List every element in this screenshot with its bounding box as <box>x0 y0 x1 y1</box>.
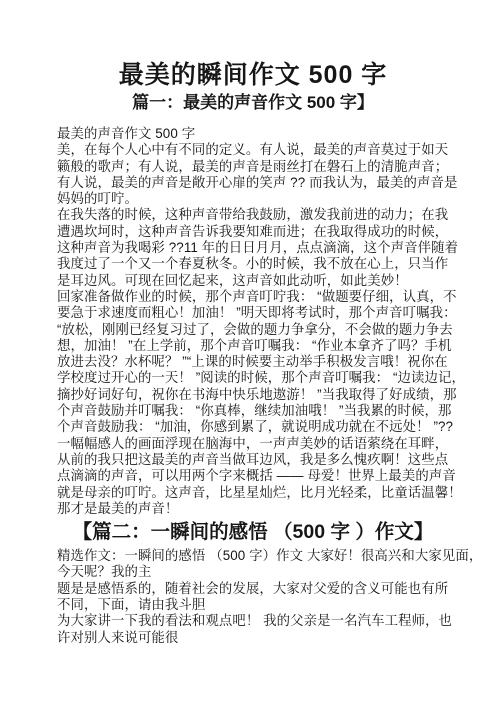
text-line: 放进去没？水杯呢？ ”“上课的时候要主动举手积极发言哦！祝你在 <box>57 354 449 370</box>
section2-heading: 【篇二：一瞬间的感悟 （500 字 ）作文】 <box>57 519 449 545</box>
document-body: 最美的瞬间作文 500 字 篇一：最美的声音作文 500 字】 最美的声音作文 … <box>57 0 449 646</box>
text-line: 许对别人来说可能很 <box>57 630 449 646</box>
text-line: 最美的声音作文 500 字 <box>57 126 449 142</box>
text-line: 就是母亲的叮咛。这声音，比星星灿烂，比月光轻柔，比童话温馨！ <box>57 485 449 501</box>
text-line: 妈妈的叮咛。 <box>57 191 449 207</box>
text-line: 从前的我只把这最美的声音当做耳边风，我是多么愧疚啊！这些点 <box>57 452 449 468</box>
text-line: 今天呢？我的主 <box>57 564 449 580</box>
text-line: 籁般的歌声；有人说，最美的声音是雨丝打在磐石上的清脆声音； <box>57 159 449 175</box>
text-line: 是耳边风。可现在回忆起来，这声音如此动听，如此美妙！ <box>57 273 449 289</box>
text-line: 学校度过开心的一天！ ”阅读的时候，那个声音叮嘱我： “边读边记， <box>57 370 449 386</box>
text-line: 我度过了一个又一个春夏秋冬。小的时候，我不放在心上，只当作 <box>57 256 449 272</box>
text-line: 在我失落的时候，这种声音带给我鼓励，激发我前进的动力；在我 <box>57 207 449 223</box>
document-page: 最美的瞬间作文 500 字 篇一：最美的声音作文 500 字】 最美的声音作文 … <box>0 0 500 708</box>
text-line: 个声音鼓励我： “加油，你感到累了，就说明成功就在不远处！ ”?? <box>57 419 449 435</box>
text-line: 摘抄好词好句，祝你在书海中快乐地遨游！ ”当我取得了好成绩，那 <box>57 387 449 403</box>
text-line: 要急于求速度而粗心！加油！ ”明天即将考试时，那个声音叮嘱我： <box>57 305 449 321</box>
text-line: 想，加油！ ”在上学前，那个声音叮嘱我： “作业本拿齐了吗？手机 <box>57 338 449 354</box>
text-line: 不同，下面，请由我斗胆 <box>57 597 449 613</box>
text-line: 回家准备做作业的时候，那个声音叮咛我： “做题要仔细，认真，不 <box>57 289 449 305</box>
text-line: 那才是最美的声音！ <box>57 501 449 517</box>
text-line: 这种声音为我喝彩 ??11 年的日日月月，点点滴滴，这个声音伴随着 <box>57 240 449 256</box>
text-line: 个声音鼓励并叮嘱我： “你真棒，继续加油哦！ ”当我累的时候，那 <box>57 403 449 419</box>
page-title: 最美的瞬间作文 500 字 <box>57 60 449 90</box>
text-line: “放松，刚刚已经复习过了，会做的题力争拿分，不会做的题力争去 <box>57 322 449 338</box>
section1-text: 最美的声音作文 500 字美，在每个人心中有不同的定义。有人说，最美的声音莫过于… <box>57 126 449 517</box>
text-line: 题是是感悟系的，随着社会的发展，大家对父爱的含义可能也有所 <box>57 581 449 597</box>
text-line: 美，在每个人心中有不同的定义。有人说，最美的声音莫过于如天 <box>57 142 449 158</box>
text-line: 为大家讲一下我的看法和观点吧！ 我的父亲是一名汽车工程师，也 <box>57 613 449 629</box>
text-line: 遭遇坎坷时，这种声音告诉我要知难而进；在我取得成功的时候， <box>57 224 449 240</box>
text-line: 有人说，最美的声音是敞开心扉的笑声 ?? 而我认为，最美的声音是 <box>57 175 449 191</box>
section1-heading: 篇一：最美的声音作文 500 字】 <box>57 93 449 113</box>
text-line: 一幅幅感人的画面浮现在脑海中，一声声美妙的话语萦绕在耳畔， <box>57 436 449 452</box>
text-line: 点滴滴的声音，可以用两个字来概括 —— 母爱！世界上最美的声音 <box>57 468 449 484</box>
section2-text: 精选作文：一瞬间的感悟 （500 字）作文 大家好！很高兴和大家见面，今天呢？我… <box>57 548 449 646</box>
text-line: 精选作文：一瞬间的感悟 （500 字）作文 大家好！很高兴和大家见面， <box>57 548 449 564</box>
